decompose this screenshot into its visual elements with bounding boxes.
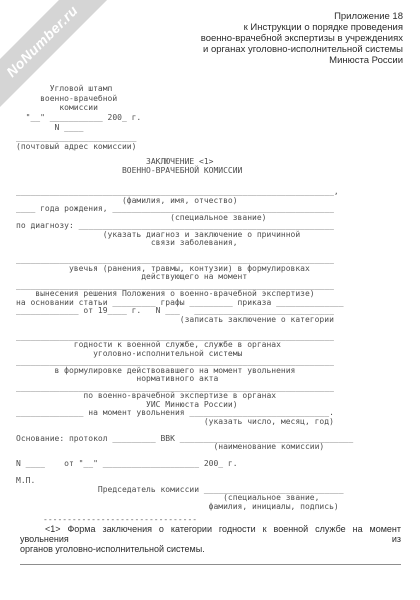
corner-stamp-block: Угловой штамп военно-врачебной комиссии … (16, 84, 141, 152)
form-body-text: ________________________________________… (16, 188, 353, 511)
watermark-text: NoNumber.ru (3, 2, 81, 80)
footnote-line-2: органов уголовно-исполнительной системы. (20, 544, 401, 554)
appendix-header: Приложение 18 к Инструкции о порядке про… (201, 11, 403, 66)
document-page: { "watermark": { "text": "NoNumber.ru" }… (0, 0, 420, 600)
footnote-separator: -------------------------------- (43, 515, 197, 524)
bottom-horizontal-rule (20, 564, 401, 565)
footnote-line-1: <1> Форма заключения о категории годност… (20, 524, 401, 544)
footnote: <1> Форма заключения о категории годност… (20, 524, 401, 554)
document-title: ЗАКЛЮЧЕНИЕ <1> ВОЕННО-ВРАЧЕБНОЙ КОМИССИИ (16, 158, 242, 175)
